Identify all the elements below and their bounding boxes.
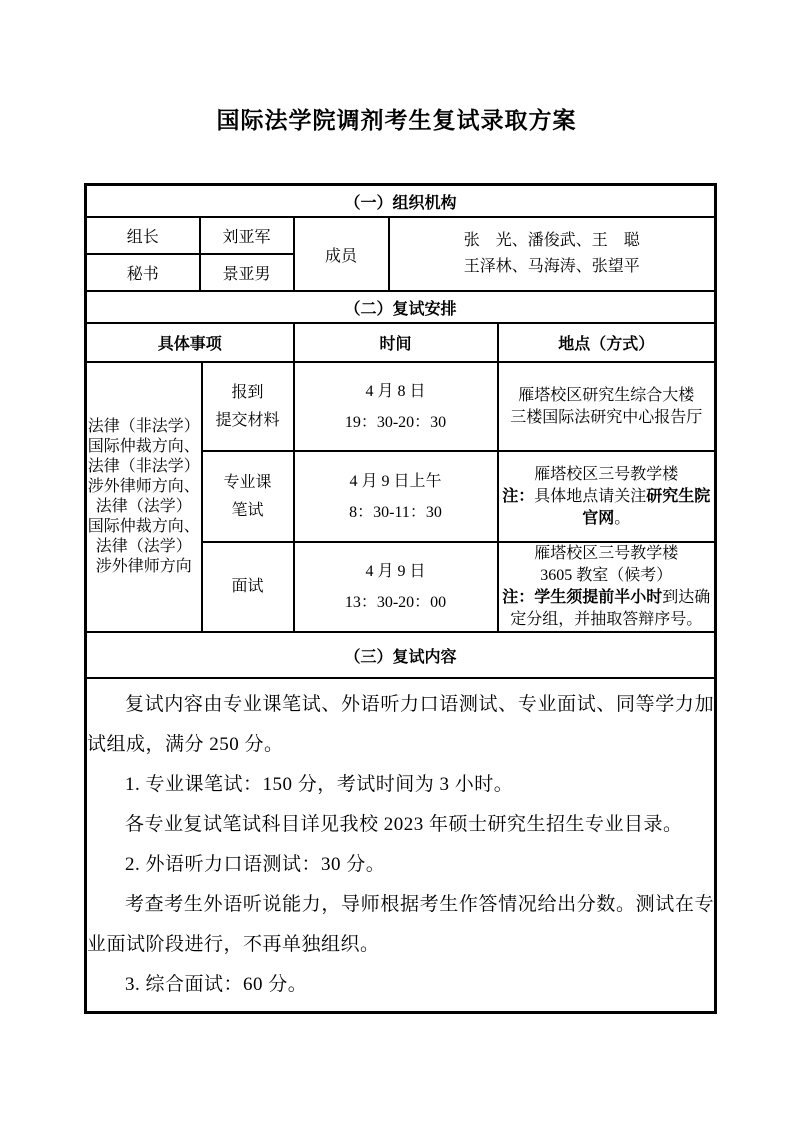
members-label: 成员 [294,217,389,291]
secretary-label: 秘书 [86,254,200,291]
column-header-item: 具体事项 [86,323,294,362]
checkin-location: 雁塔校区研究生综合大楼 三楼国际法研究中心报告厅 [498,362,716,451]
content-paragraph-3: 各专业复试笔试科目详见我校 2023 年硕士研究生招生专业目录。 [87,805,714,845]
leader-name: 刘亚军 [200,217,294,254]
column-header-location: 地点（方式） [498,323,716,362]
interview-item: 面试 [202,542,294,632]
note-bold-text: 注：学生须提前半小时 [502,589,662,606]
programs-list: 法律（非法学） 国际仲裁方向、 法律（非法学） 涉外律师方向、 法律（法学） 国… [86,362,202,632]
content-paragraph-1: 复试内容由专业课笔试、外语听力口语测试、专业面试、同等学力加试组成，满分 250… [87,685,714,765]
written-exam-location-line: 雁塔校区三号教学楼 [499,464,715,486]
column-header-time: 时间 [294,323,498,362]
note-text: 具体地点请关注 [534,488,646,505]
section-3-header-row: （三）复试内容 [86,632,716,678]
org-leader-row: 组长 刘亚军 成员 张 光、潘俊武、王 聪 王泽林、马海涛、张望平 [86,217,716,254]
written-exam-location: 雁塔校区三号教学楼 注：具体地点请关注研究生院官网。 [498,451,716,542]
content-paragraph-4: 2. 外语听力口语测试：30 分。 [87,845,714,885]
section-1-header-row: （一）组织机构 [86,185,716,218]
note-tail: 。 [614,510,630,527]
content-paragraph-6: 3. 综合面试：60 分。 [87,965,714,1005]
page-title: 国际法学院调剂考生复试录取方案 [0,0,793,138]
document-page: 国际法学院调剂考生复试录取方案 （一）组织机构 组长 刘亚军 成员 张 光、潘俊… [0,0,793,1122]
written-exam-time: 4 月 9 日上午 8：30-11：30 [294,451,498,542]
schedule-column-header-row: 具体事项 时间 地点（方式） [86,323,716,362]
content-paragraph-5: 考查考生外语听说能力，导师根据考生作答情况给出分数。测试在专业面试阶段进行，不再… [87,885,714,965]
section-3-header: （三）复试内容 [86,632,716,678]
schedule-row-checkin: 法律（非法学） 国际仲裁方向、 法律（非法学） 涉外律师方向、 法律（法学） 国… [86,362,716,451]
content-body: 复试内容由专业课笔试、外语听力口语测试、专业面试、同等学力加试组成，满分 250… [86,678,716,1013]
interview-location: 雁塔校区三号教学楼 3605 教室（候考） 注：学生须提前半小时到达确定分组，并… [498,542,716,632]
checkin-time: 4 月 8 日 19：30-20：30 [294,362,498,451]
written-exam-location-note: 注：具体地点请关注研究生院官网。 [499,486,715,530]
interview-location-note: 注：学生须提前半小时到达确定分组，并抽取答辩序号。 [499,587,715,631]
secretary-name: 景亚男 [200,254,294,291]
main-table: （一）组织机构 组长 刘亚军 成员 张 光、潘俊武、王 聪 王泽林、马海涛、张望… [84,183,717,1014]
section-2-header: （二）复试安排 [86,291,716,323]
written-exam-item: 专业课 笔试 [202,451,294,542]
interview-time: 4 月 9 日 13：30-20：00 [294,542,498,632]
members-names: 张 光、潘俊武、王 聪 王泽林、马海涛、张望平 [389,217,716,291]
interview-location-lines: 雁塔校区三号教学楼 3605 教室（候考） [499,543,715,587]
content-row: 复试内容由专业课笔试、外语听力口语测试、专业面试、同等学力加试组成，满分 250… [86,678,716,1013]
checkin-item: 报到 提交材料 [202,362,294,451]
content-paragraph-2: 1. 专业课笔试：150 分，考试时间为 3 小时。 [87,765,714,805]
section-1-header: （一）组织机构 [86,185,716,218]
section-2-header-row: （二）复试安排 [86,291,716,323]
leader-label: 组长 [86,217,200,254]
note-label: 注： [502,488,534,505]
